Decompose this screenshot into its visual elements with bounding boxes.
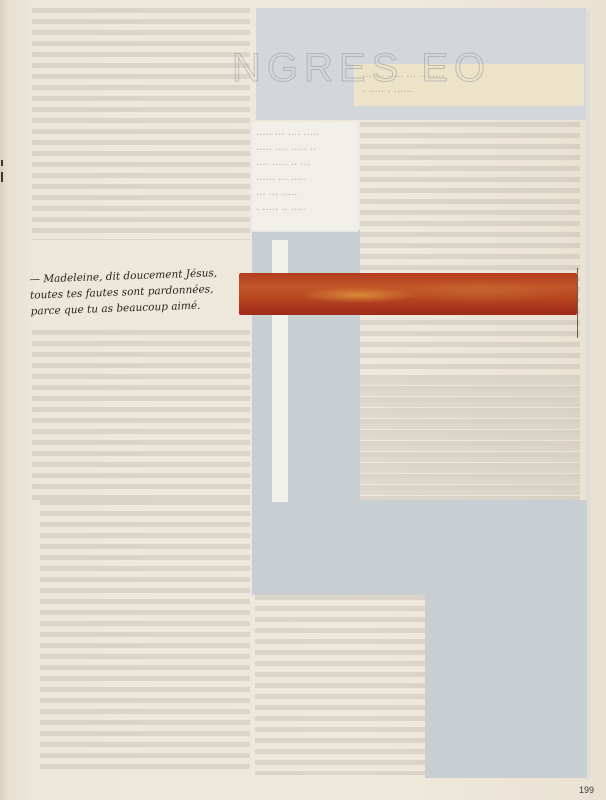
faint-line: · ····· · ······ (362, 85, 445, 100)
gray-panel-middle (252, 500, 587, 595)
binding-mark (1, 160, 3, 166)
faint-handwriting-top-right: ··· ··· ····· ··· ·· ····· · ····· · ···… (362, 70, 445, 100)
printed-text-block (32, 8, 250, 240)
gray-edge (586, 10, 590, 780)
gray-panel-bottom-right (425, 590, 587, 778)
painted-red-bar (239, 273, 577, 315)
page-spine (0, 0, 8, 800)
faint-line: ···· ····· ·· ··· (256, 158, 320, 173)
faint-line: ··· ··· ····· ··· ·· ····· (362, 70, 445, 85)
printed-text-block (40, 500, 250, 770)
binding-mark (1, 172, 3, 182)
printed-text-block (360, 380, 580, 500)
collage-page: NGRES EO ··· ··· ····· ··· ·· ····· · ··… (0, 0, 606, 800)
pencil-line (577, 268, 578, 338)
faint-line: ··· ··· ····· (256, 188, 320, 203)
printed-text-block (32, 330, 250, 500)
handwritten-quote: — Madeleine, dit doucement Jésus, toutes… (29, 264, 241, 319)
printed-text-block (255, 595, 425, 775)
page-number: 199 (579, 785, 594, 795)
faint-line: ····· ···· ····· ·· (256, 143, 320, 158)
faint-line: ······ ··· ····· (256, 173, 320, 188)
faint-line: ····· ··· ···· ····· (256, 128, 320, 143)
faint-line: · ····· ·· ····· (256, 203, 320, 218)
faint-handwriting-center: ····· ··· ···· ····· ····· ···· ····· ··… (256, 128, 320, 218)
